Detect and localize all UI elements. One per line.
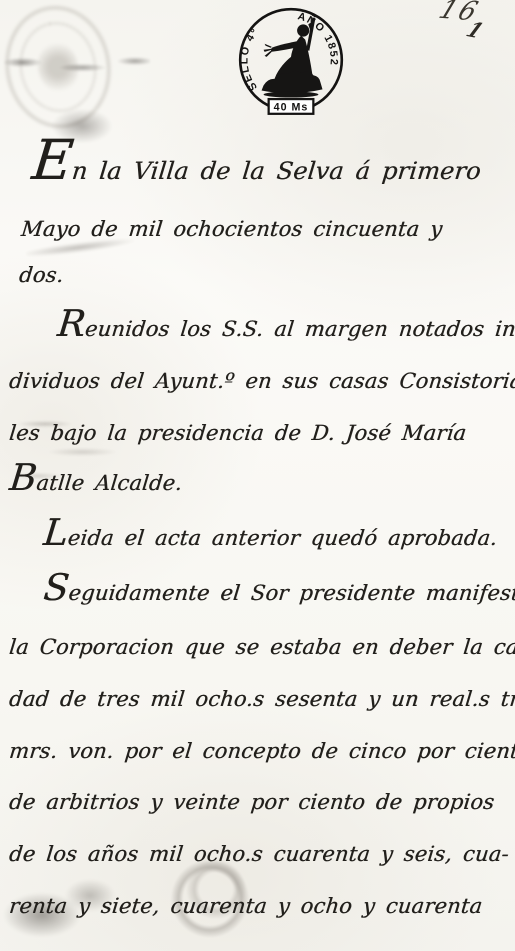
manuscript-line: dos.	[18, 264, 65, 287]
manuscript-line: Batlle Alcalde.	[8, 472, 183, 495]
manuscript-line: Seguidamente el Sor presidente manifestó…	[42, 582, 515, 605]
manuscript-line: renta y siete, cuarenta y ocho y cuarent…	[8, 895, 483, 918]
seal-value-banner: 40 Ms	[269, 99, 314, 114]
manuscript-line: la Corporacion que se estaba en deber la…	[8, 636, 515, 659]
manuscript-line: les bajo la presidencia de D. José María	[8, 422, 467, 445]
manuscript-line: Reunidos los S.S. al margen notados in-	[56, 318, 515, 341]
manuscript-line: mrs. von. por el concepto de cinco por c…	[8, 740, 515, 763]
seal-left-text: SELLO 4º	[239, 26, 262, 93]
embossed-stamp	[0, 0, 120, 136]
document-page: SELLO 4º AÑO 1852 40 Ms 16 1 En la Villa…	[0, 0, 515, 951]
manuscript-line: dad de tres mil ocho.s sesenta y un real…	[8, 688, 515, 711]
manuscript-line: En la Villa de la Selva á primero	[30, 158, 482, 184]
manuscript-line: de los años mil ocho.s cuarenta y seis, …	[8, 843, 510, 866]
manuscript-line: Mayo de mil ochocientos cincuenta y	[20, 218, 443, 241]
manuscript-line: dividuos del Ayunt.º en sus casas Consis…	[8, 370, 515, 393]
revenue-seal: SELLO 4º AÑO 1852 40 Ms	[227, 5, 355, 119]
manuscript-line: Leida el acta anterior quedó aprobada.	[42, 527, 498, 550]
seal-value-label: 40 Ms	[274, 102, 309, 114]
manuscript-line: de arbitrios y veinte por ciento de prop…	[8, 791, 495, 814]
